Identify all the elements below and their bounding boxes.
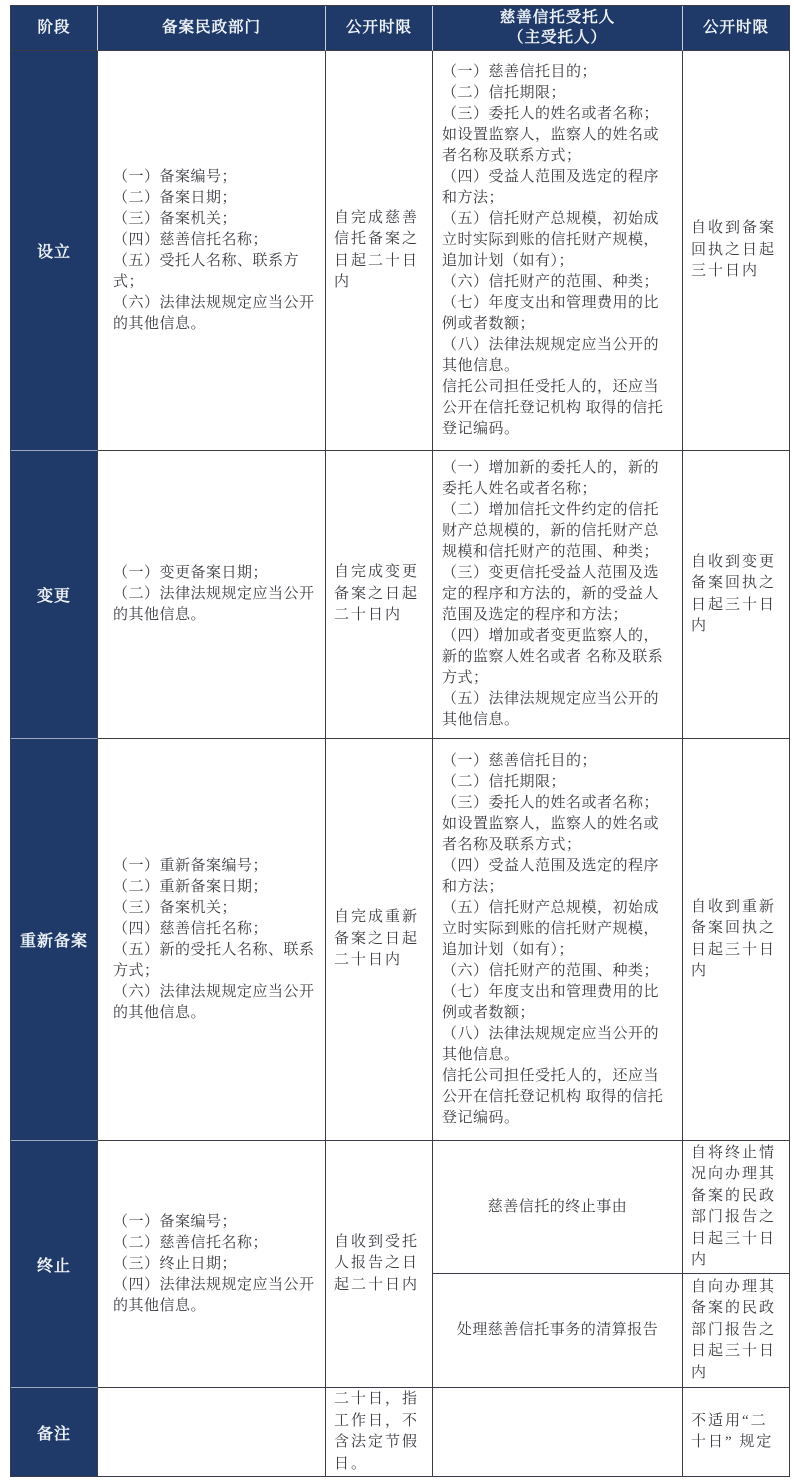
- trustee-time-text: 不适用“二十日” 规定: [691, 1411, 781, 1454]
- trustee-time-text: 自收到变更备案回执之日起三十日内: [691, 552, 781, 638]
- trustee-time-liquidation-report: 自向办理其备案的民政部门报告之日起三十日内: [683, 1274, 789, 1388]
- header-stage-label: 阶段: [37, 18, 70, 38]
- trustee-items-text: （一）慈善信托目的； （二）信托期限； （三）委托人的姓名或者名称；如设置监察人…: [442, 62, 673, 440]
- dept-time-notes: 二十日，指工作日，不含法定节假日。: [326, 1388, 433, 1476]
- stage-cell-refile: 重新备案: [11, 739, 98, 1141]
- stage-label: 设立: [37, 239, 71, 262]
- dept-items-notes: [98, 1388, 326, 1476]
- stage-label: 变更: [37, 583, 71, 606]
- stage-label: 终止: [37, 1253, 71, 1276]
- header-dept-label: 备案民政部门: [162, 18, 261, 38]
- trustee-items-text: 慈善信托的终止事由: [488, 1197, 628, 1218]
- stage-label: 备注: [37, 1421, 71, 1444]
- dept-time-text: 自完成慈善信托备案之日起二十日内: [334, 208, 424, 294]
- stage-cell-terminate: 终止: [11, 1141, 98, 1388]
- dept-items-establish: （一）备案编号； （二）备案日期； （三）备案机关； （四）慈善信托名称； （五…: [98, 51, 326, 451]
- dept-time-terminate: 自收到受托人报告之日起二十日内: [326, 1141, 433, 1388]
- header-cell-dept-time: 公开时限: [326, 6, 433, 51]
- dept-time-refile: 自完成重新备案之日起二十日内: [326, 739, 433, 1141]
- stage-cell-establish: 设立: [11, 51, 98, 451]
- trustee-items-establish: （一）慈善信托目的； （二）信托期限； （三）委托人的姓名或者名称；如设置监察人…: [433, 51, 683, 451]
- header-dept-time-label: 公开时限: [346, 18, 412, 38]
- trustee-items-notes: [433, 1388, 683, 1476]
- trustee-items-text: （一）慈善信托目的； （二）信托期限； （三）委托人的姓名或者名称；如设置监察人…: [442, 751, 673, 1129]
- dept-time-text: 二十日，指工作日，不含法定节假日。: [334, 1389, 424, 1475]
- stage-label: 重新备案: [20, 928, 88, 951]
- header-cell-trustee-time: 公开时限: [683, 6, 789, 51]
- stage-cell-notes: 备注: [11, 1388, 98, 1476]
- trustee-items-text: 处理慈善信托事务的清算报告: [457, 1320, 659, 1341]
- trustee-time-text: 自收到备案回执之日起三十日内: [691, 218, 781, 283]
- dept-time-establish: 自完成慈善信托备案之日起二十日内: [326, 51, 433, 451]
- trustee-time-change: 自收到变更备案回执之日起三十日内: [683, 451, 789, 739]
- dept-items-text: （一）变更备案日期； （二）法律法规规定应当公开的其他信息。: [113, 563, 315, 626]
- trustee-time-text: 自将终止情况向办理其备案的民政部门报告之日起三十日内: [691, 1143, 781, 1272]
- trustee-items-text: （一）增加新的委托人的，新的委托人姓名或者名称； （二）增加信托文件约定的信托财…: [442, 458, 673, 731]
- trustee-time-text: 自向办理其备案的民政部门报告之日起三十日内: [691, 1277, 781, 1385]
- dept-items-refile: （一）重新备案编号； （二）重新备案日期； （三）备案机关； （四）慈善信托名称…: [98, 739, 326, 1141]
- trustee-time-establish: 自收到备案回执之日起三十日内: [683, 51, 789, 451]
- dept-items-terminate: （一）备案编号； （二）慈善信托名称； （三）终止日期； （四）法律法规规定应当…: [98, 1141, 326, 1388]
- trustee-time-termination-cause: 自将终止情况向办理其备案的民政部门报告之日起三十日内: [683, 1141, 789, 1274]
- dept-items-change: （一）变更备案日期； （二）法律法规规定应当公开的其他信息。: [98, 451, 326, 739]
- trustee-item-termination-cause: 慈善信托的终止事由: [433, 1141, 683, 1274]
- dept-time-text: 自完成重新备案之日起二十日内: [334, 907, 424, 972]
- dept-time-text: 自完成变更备案之日起二十日内: [334, 562, 424, 627]
- header-cell-dept: 备案民政部门: [98, 6, 326, 51]
- dept-time-change: 自完成变更备案之日起二十日内: [326, 451, 433, 739]
- dept-items-text: （一）备案编号； （二）慈善信托名称； （三）终止日期； （四）法律法规规定应当…: [113, 1212, 315, 1317]
- charitable-trust-disclosure-table: 阶段 备案民政部门 公开时限 慈善信托受托人 （主受托人） 公开时限 设立 （一…: [10, 5, 790, 1477]
- trustee-time-notes: 不适用“二十日” 规定: [683, 1388, 789, 1476]
- stage-cell-change: 变更: [11, 451, 98, 739]
- header-trustee-time-label: 公开时限: [703, 18, 769, 38]
- header-trustee-label: 慈善信托受托人 （主受托人）: [500, 8, 616, 48]
- header-cell-stage: 阶段: [11, 6, 98, 51]
- trustee-time-refile: 自收到重新备案回执之日起三十日内: [683, 739, 789, 1141]
- trustee-item-liquidation-report: 处理慈善信托事务的清算报告: [433, 1274, 683, 1388]
- trustee-items-change: （一）增加新的委托人的，新的委托人姓名或者名称； （二）增加信托文件约定的信托财…: [433, 451, 683, 739]
- header-cell-trustee: 慈善信托受托人 （主受托人）: [433, 6, 683, 51]
- trustee-time-text: 自收到重新备案回执之日起三十日内: [691, 897, 781, 983]
- dept-items-text: （一）备案编号； （二）备案日期； （三）备案机关； （四）慈善信托名称； （五…: [113, 167, 315, 335]
- page: 阶段 备案民政部门 公开时限 慈善信托受托人 （主受托人） 公开时限 设立 （一…: [0, 0, 794, 1481]
- trustee-items-refile: （一）慈善信托目的； （二）信托期限； （三）委托人的姓名或者名称；如设置监察人…: [433, 739, 683, 1141]
- dept-items-text: （一）重新备案编号； （二）重新备案日期； （三）备案机关； （四）慈善信托名称…: [113, 856, 315, 1024]
- dept-time-text: 自收到受托人报告之日起二十日内: [334, 1232, 424, 1297]
